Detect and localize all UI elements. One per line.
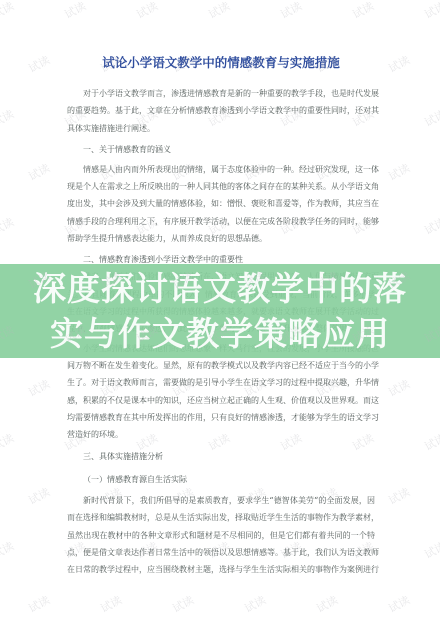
text-line: 新时代背景下，我们所倡导的是素质教育，要求学生“德智体美劳”的全面发展，因 [67,492,375,509]
subsection-heading-3-1: （一）情感教育源自生活实际 [67,471,375,488]
text-line: 帮助学生提升情感表达能力，从而养成良好的思想品德。 [67,230,375,247]
text-line: 营造好的环境。 [67,426,375,443]
paragraph-section1: 情感是人由内而外所表现出的情绪，属于态度体验中的一种。经过研究发现，这一体 现是… [67,161,375,247]
watermark-text: 试读 [170,592,197,616]
banner-text-line1: 深度探讨语文教学中的落 [33,266,407,311]
text-line: 对于小学语文教学而言，渗透进情感教育是新的一种重要的教学手段，也是时代发展 [67,85,375,102]
text-line: 感，积累的不仅是课本中的知识，还应当树立起正确的人生观、价值观以及世界观。而这 [67,392,375,409]
text-line: 在日常的教学过程中，应当围绕教材主题，选择与学生生活实际相关的事物作为案例进行 [67,561,375,578]
text-line: 而在选择和编辑教材时，总是从生活实际出发，择取贴近学生生活的事物作为教学素材， [67,509,375,526]
text-line: 均需要情感教育在其中所发挥出的作用，只有良好的情感渗透，才能够为学生的语文学习 [67,409,375,426]
text-line: 点，便是借文章表达作者日常生活中的领悟以及思想情感等。基于此，我们认为语文教师 [67,544,375,561]
watermark-text: 试读 [242,592,269,616]
heading-text: 一、关于情感教育的涵义 [67,141,375,158]
text-line: 虽然出现在教材中的各种文章形式和题材是不尽相同的，但是它们都有着共同的一个特 [67,527,375,544]
section-heading-1: 一、关于情感教育的涵义 [67,141,375,158]
text-line: 度出发，其中会涉及到大量的情感体验，如：憎恨、褒贬和喜爱等，作为教师，其应当在 [67,195,375,212]
watermark-text: 试读 [98,592,125,616]
text-line: 的重要趋势。基于此，文章在分析情感教育渗透到小学语文教学中的重要性同时，还对其 [67,102,375,119]
banner-text-line2: 实与作文教学策略应用 [50,311,390,356]
heading-text: 三、具体实施措施分析 [67,448,375,465]
heading-text: （一）情感教育源自生活实际 [67,471,375,488]
document-page: 试论小学语文教学中的情感教育与实施措施 对于小学语文教学而言，渗透进情感教育是新… [0,0,440,620]
text-line: 现是个人在需求之上所反映出的一种人同其他的客体之间存在的某种关系。从小学语文角 [67,178,375,195]
promo-overlay-banner[interactable]: 深度探讨语文教学中的落 实与作文教学策略应用 [0,264,440,358]
section-heading-3: 三、具体实施措施分析 [67,448,375,465]
text-line: 具体实施措施进行阐述。 [67,120,375,137]
watermark-text: 试读 [386,592,413,616]
watermark-text: 试读 [26,592,53,616]
text-line: 情感手段的合理利用之下，有序展开教学活动，以便在完成各阶段教学任务的同时，能够 [67,213,375,230]
document-title: 试论小学语文教学中的情感教育与实施措施 [67,54,375,71]
paragraph-intro: 对于小学语文教学而言，渗透进情感教育是新的一种重要的教学手段，也是时代发展 的重… [67,85,375,137]
text-line: 间万物不断在发生着变化。显然，原有的教学模式以及教学内容已经不适应于当今的小学 [67,357,375,374]
text-line: 生了。对于语文教师而言，需要做的是引导小学生在语文学习的过程中提取兴趣，升华情 [67,374,375,391]
text-line: 情感是人由内而外所表现出的情绪，属于态度体验中的一种。经过研究发现，这一体 [67,161,375,178]
watermark-text: 试读 [314,592,341,616]
paragraph-section3: 新时代背景下，我们所倡导的是素质教育，要求学生“德智体美劳”的全面发展，因 而在… [67,492,375,578]
